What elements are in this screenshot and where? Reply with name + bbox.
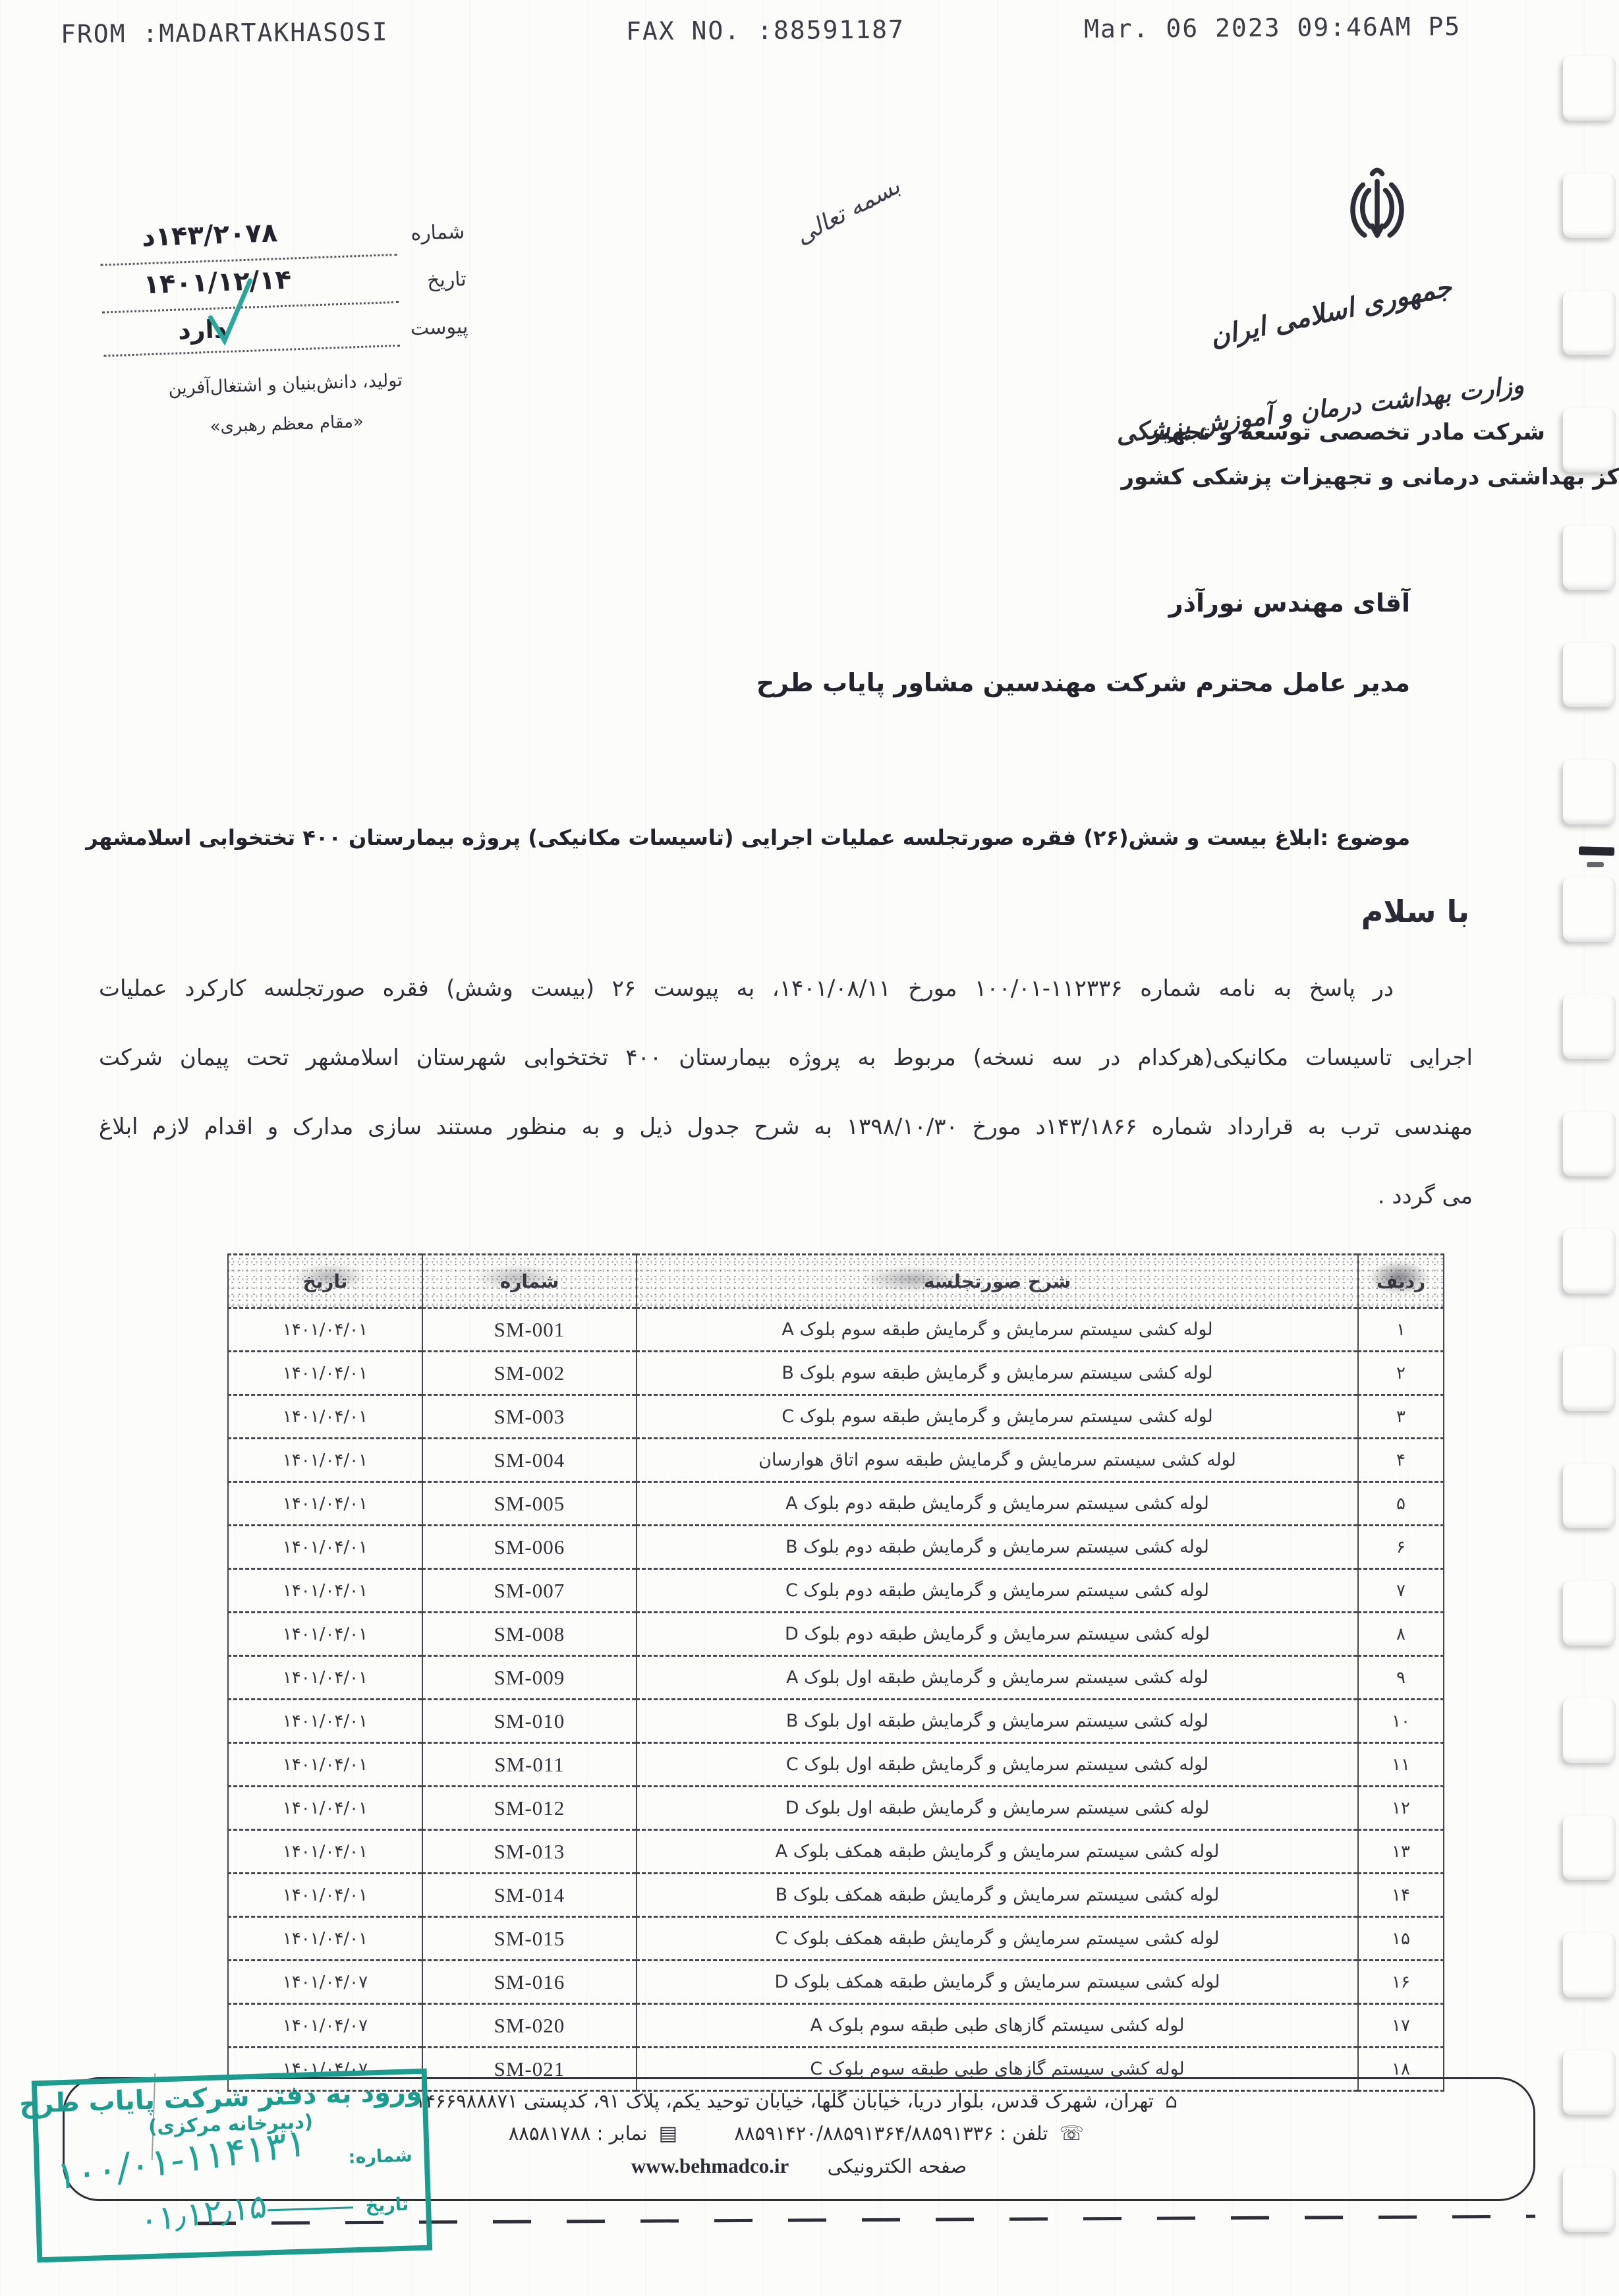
reference-attachment-label: پیوست [410,315,469,340]
binding-hole [1563,2050,1616,2115]
cell-number: SM-015 [422,1917,637,1961]
binding-hole [1563,1581,1616,1646]
recipient-name: آقای مهندس نورآذر [1169,588,1410,617]
cell-number: SM-011 [422,1743,637,1787]
cell-row-no: ۱۳ [1358,1830,1444,1874]
cell-date: ۱۴۰۱/۰۴/۰۱ [228,1569,422,1613]
year-slogan: تولید، دانش‌بنیان و اشتغال‌آفرین [101,368,470,401]
phone-icon: ☏ [1054,2122,1090,2145]
recipient-title: مدیر عامل محترم شرکت مهندسین مشاور پایاب… [756,668,1410,697]
table-row: ۶ لوله کشی سیستم سرمایش و گرمایش طبقه دو… [228,1526,1444,1569]
table-row: ۳ لوله کشی سیستم سرمایش و گرمایش طبقه سو… [228,1395,1444,1439]
reference-number-label: شماره [411,220,465,245]
cell-date: ۱۴۰۱/۰۴/۰۱ [228,1439,422,1482]
binding-hole [1563,1698,1616,1763]
binding-hole [1563,760,1616,824]
table-row: ۱ لوله کشی سیستم سرمایش و گرمایش طبقه سو… [228,1308,1444,1352]
cell-number: SM-005 [422,1482,637,1526]
cell-date: ۱۴۰۱/۰۴/۰۱ [228,1656,422,1700]
footer-website: www.behmadco.ir [631,2154,789,2177]
cell-description: لوله کشی سیستم سرمایش و گرمایش طبقه همکف… [637,1961,1358,2004]
cell-number: SM-012 [422,1787,637,1830]
footer-address: تهران، شهرک قدس، بلوار دریا، خیابان گلها… [415,2090,1154,2112]
body-line-4: می گردد . [99,1183,1473,1222]
cell-row-no: ۷ [1358,1569,1444,1613]
cell-date: ۱۴۰۱/۰۴/۰۱ [228,1482,422,1526]
table-row: ۲ لوله کشی سیستم سرمایش و گرمایش طبقه سو… [228,1352,1444,1395]
cell-description: لوله کشی سیستم سرمایش و گرمایش طبقه اول … [637,1787,1358,1830]
cell-description: لوله کشی سیستم سرمایش و گرمایش طبقه سوم … [637,1352,1358,1395]
reference-block: شماره ۱۴۳/۲۰۷۸د تاریخ ۱۴۰۱/۱۲/۱۴ پیوست د… [95,211,471,440]
cell-row-no: ۱۴ [1358,1874,1444,1917]
header-date: تاریخ [228,1255,422,1308]
table-row: ۹ لوله کشی سیستم سرمایش و گرمایش طبقه او… [228,1656,1444,1700]
fax-icon: ▤ [654,2122,683,2145]
binding-hole [1563,1464,1616,1528]
binding-hole [1563,994,1616,1059]
letterhead-company-line1: شرکت مادر تخصصی توسعه و تجهیز [1149,419,1545,445]
binding-hole [1563,291,1616,355]
cell-date: ۱۴۰۱/۰۴/۰۱ [228,1743,422,1787]
cell-number: SM-016 [422,1961,637,2004]
table-row: ۱۳ لوله کشی سیستم سرمایش و گرمایش طبقه ه… [228,1830,1444,1874]
cell-description: لوله کشی سیستم سرمایش و گرمایش طبقه اول … [637,1656,1358,1700]
received-stamp: ورود به دفتر شرکت پایاب طرح (دبیرخانه مر… [32,2069,432,2263]
cell-row-no: ۱۶ [1358,1961,1444,2004]
binding-hole [1563,1346,1616,1411]
binding-hole [1563,1229,1616,1294]
footer-phone-label: تلفن : [1000,2122,1048,2144]
cell-date: ۱۴۰۱/۰۴/۰۱ [228,1352,422,1395]
cell-number: SM-002 [422,1352,637,1395]
iran-emblem-icon [1344,159,1410,258]
table-row: ۴ لوله کشی سیستم سرمایش و گرمایش طبقه سو… [228,1439,1444,1482]
header-description: شرح صورتجلسه [637,1255,1358,1308]
cell-date: ۱۴۰۱/۰۴/۰۱ [228,1700,422,1743]
cell-description: لوله کشی سیستم سرمایش و گرمایش طبقه دوم … [637,1526,1358,1569]
cell-number: SM-003 [422,1395,637,1439]
footer-web-label: صفحه الکترونیکی [828,2155,967,2177]
fax-header-datetime: Mar. 06 2023 09:46AM P5 [1084,12,1461,43]
cell-row-no: ۱۷ [1358,2004,1444,2048]
cell-description: لوله کشی سیستم سرمایش و گرمایش طبقه سوم … [637,1308,1358,1352]
binding-hole [1563,525,1616,590]
cell-date: ۱۴۰۱/۰۴/۰۱ [228,1787,422,1830]
body-line-1: در پاسخ به نامه شماره ۱۱۲۳۳۶-۱۰۰/۰۱ مورخ… [99,975,1473,1015]
checkmark-icon [202,275,258,352]
reference-date-label: تاریخ [426,268,467,292]
cell-row-no: ۱۵ [1358,1917,1444,1961]
body-line-3: مهندسی ترب به قرارداد شماره ۱۴۳/۱۸۶۶د مو… [99,1114,1473,1153]
binding-hole [1563,1816,1616,1880]
cell-row-no: ۱۰ [1358,1700,1444,1743]
scan-smudge [1579,846,1614,855]
reference-number-value: ۱۴۳/۲۰۷۸د [141,217,278,252]
cell-description: لوله کشی سیستم سرمایش و گرمایش طبقه سوم … [637,1395,1358,1439]
table-row: ۸ لوله کشی سیستم سرمایش و گرمایش طبقه دو… [228,1613,1444,1656]
cell-date: ۱۴۰۱/۰۴/۰۱ [228,1395,422,1439]
cell-number: SM-004 [422,1439,637,1482]
minutes-table: ردیف شرح صورتجلسه شماره تاریخ ۱ لوله کشی… [227,1253,1444,2092]
cell-number: SM-006 [422,1526,637,1569]
table-row: ۱۰ لوله کشی سیستم سرمایش و گرمایش طبقه ا… [228,1700,1444,1743]
table-row: ۱۲ لوله کشی سیستم سرمایش و گرمایش طبقه ا… [228,1787,1444,1830]
binding-hole [1563,173,1616,238]
table-row: ۷ لوله کشی سیستم سرمایش و گرمایش طبقه دو… [228,1569,1444,1613]
cell-row-no: ۶ [1358,1526,1444,1569]
stamp-date-leader [268,2206,353,2211]
footer-fax-number: ۸۸۵۸۱۷۸۸ [509,2122,591,2144]
binding-hole [1563,643,1616,707]
footer-phone-numbers: ۸۸۵۹۱۴۲۰/۸۸۵۹۱۳۶۴/۸۸۵۹۱۳۳۶ [734,2122,993,2144]
bismillah-note: بسمه تعالی [791,173,905,250]
cell-date: ۱۴۰۱/۰۴/۰۱ [228,1917,422,1961]
cell-row-no: ۱ [1358,1308,1444,1352]
minutes-table-body: ۱ لوله کشی سیستم سرمایش و گرمایش طبقه سو… [228,1308,1444,2091]
cell-description: لوله کشی سیستم سرمایش و گرمایش طبقه دوم … [637,1613,1358,1656]
cell-row-no: ۵ [1358,1482,1444,1526]
fax-header-number: FAX NO. :88591187 [626,15,905,46]
cell-number: SM-013 [422,1830,637,1874]
stamp-number-label: شماره: [348,2145,412,2167]
cell-number: SM-007 [422,1569,637,1613]
cell-number: SM-008 [422,1613,637,1656]
cell-row-no: ۳ [1358,1395,1444,1439]
subject-line: موضوع :ابلاغ بیست و شش(۲۶) فقره صورتجلسه… [86,825,1410,850]
cell-description: لوله کشی سیستم سرمایش و گرمایش طبقه دوم … [637,1569,1358,1613]
table-row: ۱۶ لوله کشی سیستم سرمایش و گرمایش طبقه ه… [228,1961,1444,2004]
cell-date: ۱۴۰۱/۰۴/۰۷ [228,1961,422,2004]
cell-description: لوله کشی سیستم سرمایش و گرمایش طبقه سوم … [637,1439,1358,1482]
header-number: شماره [422,1255,637,1308]
cell-date: ۱۴۰۱/۰۴/۰۷ [228,2004,422,2048]
cell-description: لوله کشی سیستم سرمایش و گرمایش طبقه همکف… [637,1917,1358,1961]
scan-smudge [1587,862,1604,867]
table-header-row: ردیف شرح صورتجلسه شماره تاریخ [228,1255,1444,1308]
cell-date: ۱۴۰۱/۰۴/۰۱ [228,1308,422,1352]
cell-row-no: ۹ [1358,1656,1444,1700]
salutation: با سلام [1361,894,1469,929]
cell-date: ۱۴۰۱/۰۴/۰۱ [228,1830,422,1874]
binding-hole [1563,2167,1616,2232]
table-row: ۱۵ لوله کشی سیستم سرمایش و گرمایش طبقه ه… [228,1917,1444,1961]
stamp-date-handwritten: ۰۱٫۱۲٫۱۵ [140,2187,268,2240]
table-row: ۱۷ لوله کشی سیستم گازهای طبی طبقه سوم بل… [228,2004,1444,2048]
table-row: ۵ لوله کشی سیستم سرمایش و گرمایش طبقه دو… [228,1482,1444,1526]
cell-number: SM-020 [422,2004,637,2048]
cell-number: SM-009 [422,1656,637,1700]
binding-hole [1563,408,1616,473]
cell-row-no: ۱۲ [1358,1787,1444,1830]
binding-hole [1563,56,1616,121]
binding-hole [1563,1112,1616,1176]
cell-row-no: ۲ [1358,1352,1444,1395]
table-row: ۱۴ لوله کشی سیستم سرمایش و گرمایش طبقه ه… [228,1874,1444,1917]
cell-row-no: ۱۱ [1358,1743,1444,1787]
cell-description: لوله کشی سیستم سرمایش و گرمایش طبقه همکف… [637,1874,1358,1917]
body-line-2: اجرایی تاسیسات مکانیکی(هرکدام در سه نسخه… [99,1045,1473,1084]
letterhead-company-line2: مراکز بهداشتی درمانی و تجهیزات پزشکی کشو… [1121,464,1619,490]
cell-number: SM-010 [422,1700,637,1743]
header-row-no: ردیف [1358,1255,1444,1308]
cell-row-no: ۸ [1358,1613,1444,1656]
binding-hole [1563,1933,1616,1997]
slogan-attribution: «مقام معظم رهبری» [102,408,472,441]
cell-row-no: ۴ [1358,1439,1444,1482]
cell-date: ۱۴۰۱/۰۴/۰۱ [228,1874,422,1917]
cell-description: لوله کشی سیستم گازهای طبی طبقه سوم بلوک … [637,2004,1358,2048]
cell-description: لوله کشی سیستم سرمایش و گرمایش طبقه اول … [637,1700,1358,1743]
cell-date: ۱۴۰۱/۰۴/۰۱ [228,1613,422,1656]
address-icon: ⌂ [1160,2090,1183,2113]
scanned-fax-page: FROM :MADARTAKHASOSI FAX NO. :88591187 M… [0,0,1619,2296]
cell-date: ۱۴۰۱/۰۴/۰۱ [228,1526,422,1569]
binding-hole [1563,877,1616,942]
letterhead-republic: جمهوری اسلامی ایران [1207,272,1454,353]
cell-number: SM-001 [422,1308,637,1352]
table-row: ۱۱ لوله کشی سیستم سرمایش و گرمایش طبقه ا… [228,1743,1444,1787]
cell-description: لوله کشی سیستم سرمایش و گرمایش طبقه اول … [637,1743,1358,1787]
cell-description: لوله کشی سیستم سرمایش و گرمایش طبقه دوم … [637,1482,1358,1526]
fax-header-from: FROM :MADARTAKHASOSI [61,17,389,48]
stamp-date-label: تاریخ [365,2195,409,2216]
cell-number: SM-014 [422,1874,637,1917]
cell-description: لوله کشی سیستم سرمایش و گرمایش طبقه همکف… [637,1830,1358,1874]
footer-fax-label: نمابر : [597,2122,648,2144]
